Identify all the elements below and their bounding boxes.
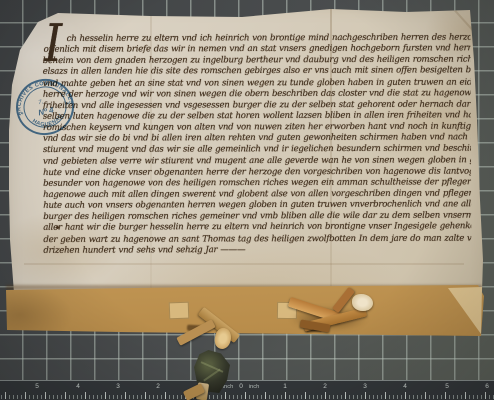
manuscript-line: drizehen hundert vnd sehs vnd sehzig Jar… xyxy=(43,244,471,257)
ruler-number: 2 xyxy=(156,383,160,391)
photo-scale-ruler: 5432inch0inch123456 xyxy=(0,380,494,400)
ruler-unit-label: inch xyxy=(249,383,260,391)
archive-stamp: ARCHIVES COMMUNALES HAGUENAU ✶ ✶ 7. Nº 4 xyxy=(6,68,84,146)
seal-tag-curl xyxy=(352,294,373,311)
ruler-number: 3 xyxy=(363,383,367,391)
stamp-center-number: 7. xyxy=(38,99,44,106)
ruler-number: 4 xyxy=(76,383,80,391)
ruler-number: 3 xyxy=(116,383,120,391)
stamp-star-icon: ✶ xyxy=(19,111,24,118)
ruler-number: 1 xyxy=(283,383,287,391)
ruler-number: 5 xyxy=(35,383,39,391)
ruler-number: 5 xyxy=(445,383,449,391)
ruler-number: 4 xyxy=(403,383,407,391)
ruler-number: 0 xyxy=(239,383,243,391)
crease-line xyxy=(24,263,464,265)
ruler-number: 6 xyxy=(485,383,489,391)
manuscript-text: ch hesselin herre zu eltern vnd ich hein… xyxy=(43,32,472,262)
manuscript-photo: 5432inch0inch123456 I ch hesselin herre … xyxy=(0,0,494,400)
stamp-center-number: Nº 4 xyxy=(37,105,54,117)
plica-slit-patch xyxy=(169,302,190,320)
ruler-number: 2 xyxy=(323,383,327,391)
